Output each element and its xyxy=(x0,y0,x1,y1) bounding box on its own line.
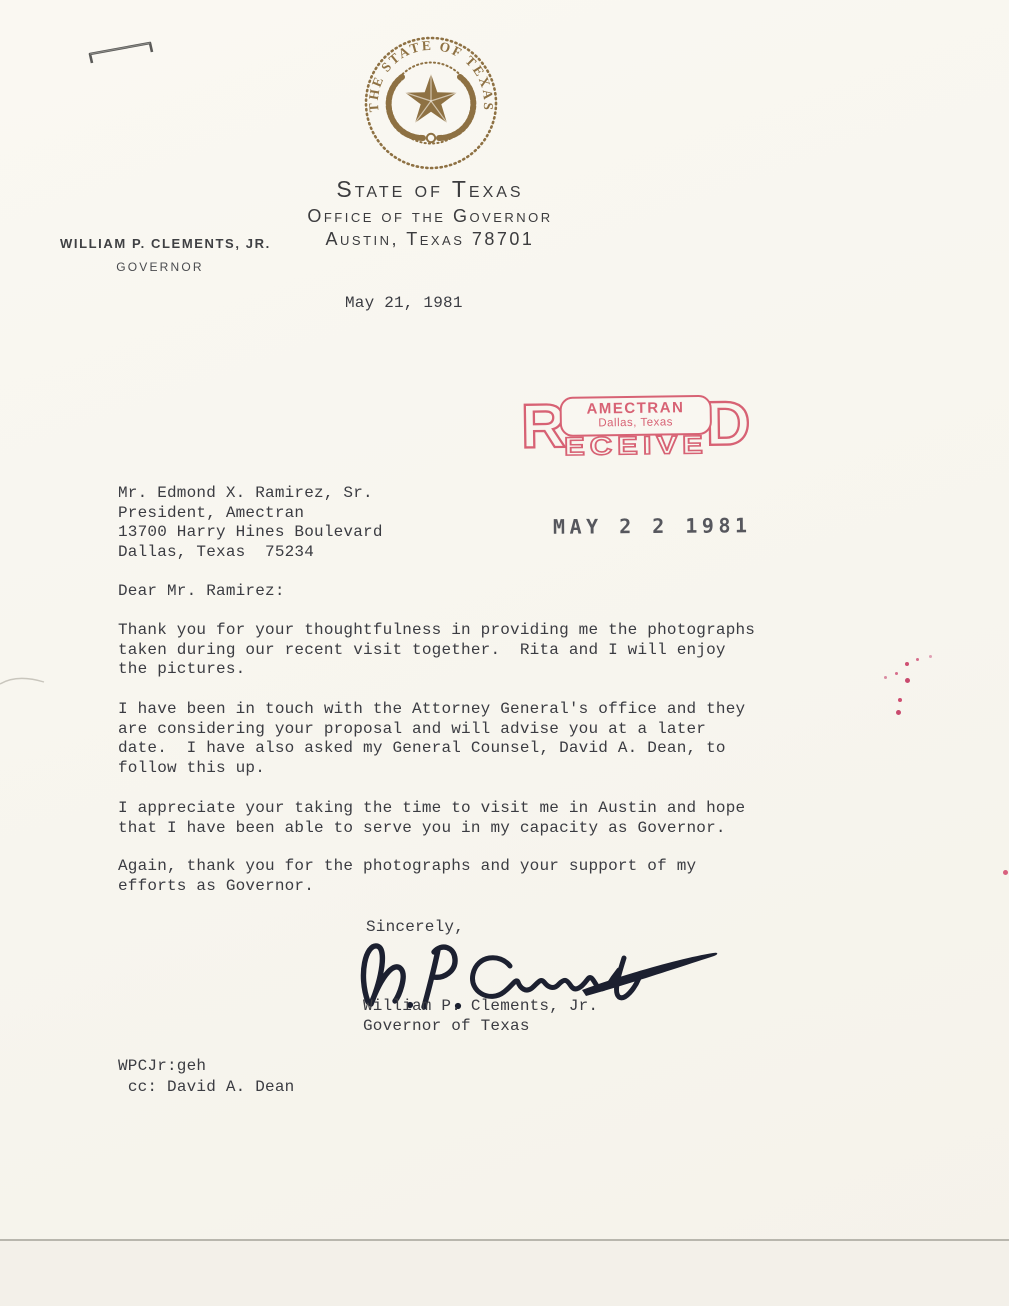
recipient-address: Mr. Edmond X. Ramirez, Sr. President, Am… xyxy=(118,484,383,562)
paper-crease xyxy=(0,668,46,694)
letterhead-state: State of Texas xyxy=(230,176,630,203)
body-paragraph-2: I have been in touch with the Attorney G… xyxy=(118,700,745,778)
body-paragraph-4: Again, thank you for the photographs and… xyxy=(118,857,696,896)
date-received-stamp: MAY 2 2 1981 xyxy=(553,513,752,538)
received-stamp-word: ECEIVE xyxy=(564,434,708,457)
received-stamp-center: AMECTRAN Dallas, Texas ECEIVE xyxy=(559,395,712,460)
received-stamp-letter-d: D xyxy=(705,394,751,455)
letter-scan: THE STATE OF TEXAS State of Texas Office… xyxy=(0,0,1009,1306)
scan-background-strip xyxy=(0,1241,1009,1306)
governor-title: GOVERNOR xyxy=(60,260,260,274)
received-stamp: R AMECTRAN Dallas, Texas ECEIVE D xyxy=(520,395,735,472)
typist-reference: WPCJr:geh xyxy=(118,1057,206,1077)
page-edge xyxy=(0,1239,1009,1241)
wreath-right-branch xyxy=(439,77,473,138)
texas-state-seal: THE STATE OF TEXAS xyxy=(362,34,500,172)
governor-name: WILLIAM P. CLEMENTS, JR. xyxy=(60,236,260,251)
signature-flourish xyxy=(582,953,717,996)
letterhead: State of Texas Office of the Governor Au… xyxy=(230,176,630,250)
body-paragraph-1: Thank you for your thoughtfulness in pro… xyxy=(118,621,755,680)
letterhead-address: Austin, Texas 78701 xyxy=(230,229,630,250)
letterhead-office: Office of the Governor xyxy=(230,206,630,227)
stamp-location: Dallas, Texas xyxy=(562,416,710,431)
signer-title: Governor of Texas xyxy=(363,1017,530,1037)
governor-name-block: WILLIAM P. CLEMENTS, JR. GOVERNOR xyxy=(60,236,260,274)
salutation: Dear Mr. Ramirez: xyxy=(118,582,285,602)
staple-mark xyxy=(78,30,168,75)
signer-name: William P. Clements, Jr. xyxy=(363,997,598,1017)
body-paragraph-3: I appreciate your taking the time to vis… xyxy=(118,799,745,838)
wreath-tie xyxy=(427,134,435,142)
wreath-left-branch xyxy=(389,77,423,138)
cc-line: cc: David A. Dean xyxy=(118,1078,294,1098)
date-line: May 21, 1981 xyxy=(345,294,463,314)
